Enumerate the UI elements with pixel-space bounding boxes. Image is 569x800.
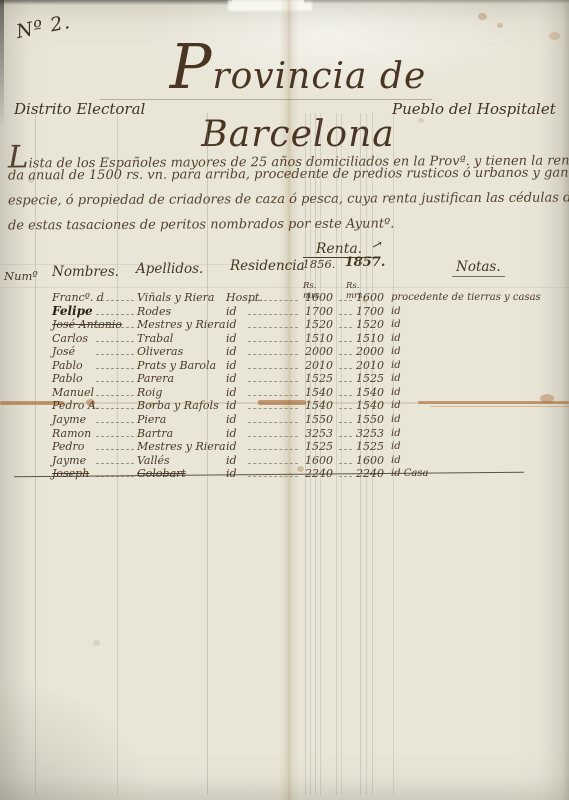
dash-leader (248, 395, 298, 396)
cell-renta-1857: 1600 (356, 454, 390, 467)
table-row: JosephGolobartid22402240id Casa (0, 467, 569, 480)
cell-nombre: Pedro A. (52, 399, 137, 412)
pencil-column-line (117, 113, 118, 795)
pencil-column-line (366, 113, 367, 795)
cell-apellido: Roig (137, 386, 237, 399)
table-row: Francº. dViñals y RieraHospt.16001600pro… (0, 291, 569, 304)
title-underline (100, 99, 432, 100)
dash-leader (248, 327, 298, 328)
cell-residencia: id (226, 427, 260, 440)
intro-line: da anual de 1500 rs. vn. para arriba, pr… (8, 166, 565, 184)
cell-nota: id (391, 318, 567, 331)
table-row: PabloPareraid15251525id (0, 372, 569, 385)
cell-residencia: id (226, 372, 260, 385)
cell-nombre: Carlos (52, 332, 137, 345)
pencil-column-line (336, 113, 337, 795)
table-row: PedroMestres y Rieraid15251525id (0, 440, 569, 453)
cell-nombre: Pablo (52, 372, 137, 385)
dash-leader (248, 408, 298, 409)
cell-nombre: José Antonio (52, 318, 137, 331)
cell-residencia: Hospt. (226, 291, 260, 304)
cell-nota: id (391, 372, 567, 385)
pencil-rule-line (0, 287, 569, 288)
cell-nota: procedente de tierras y casas (391, 291, 567, 304)
cell-nota: id (391, 332, 567, 345)
dash-leader (96, 381, 134, 382)
column-header-notas: Notas. (452, 259, 505, 277)
cell-apellido: Vallés (137, 454, 237, 467)
cell-apellido: Piera (137, 413, 237, 426)
pencil-column-line (35, 113, 36, 795)
scan-edge-shadow (0, 0, 4, 132)
table-row: RamonBartraid32533253id (0, 427, 569, 440)
cell-nombre: Pedro (52, 440, 137, 453)
table-row: CarlosTrabalid15101510id (0, 332, 569, 345)
cell-renta-1857: 1510 (356, 332, 390, 345)
cell-nombre: Felipe (52, 305, 137, 318)
pencil-column-line (393, 113, 394, 795)
cell-renta-1857: 2010 (356, 359, 390, 372)
dash-leader (248, 381, 298, 382)
cell-renta-1857: 1525 (356, 440, 390, 453)
dash-leader (96, 368, 134, 369)
cell-residencia: id (226, 359, 260, 372)
cell-residencia: id (226, 318, 260, 331)
pueblo-label: Pueblo del Hospitalet (392, 100, 567, 118)
cell-residencia: id (226, 454, 260, 467)
table-row: ManuelRoigid15401540id (0, 386, 569, 399)
table-row: JaymePieraid15501550id (0, 413, 569, 426)
pencil-column-line (305, 113, 306, 795)
cell-apellido: Oliveras (137, 345, 237, 358)
intro-line: de estas tasaciones de peritos nombrados… (8, 216, 565, 234)
dash-leader (96, 422, 134, 423)
column-header-1856: 1856. (301, 257, 337, 271)
dash-leader (96, 314, 134, 315)
cell-apellido: Borba y Rafols (137, 399, 237, 412)
cell-residencia: id (226, 332, 260, 345)
scanned-document-page: Nº 2. Provincia de Barcelona Distrito El… (0, 0, 569, 800)
cell-nombre: Francº. d (52, 291, 137, 304)
table-row: FelipeRodesid17001700id (0, 305, 569, 318)
cell-nota: id (391, 440, 567, 453)
stain (497, 23, 503, 28)
cell-nota: id (391, 427, 567, 440)
scan-edge-highlight (228, 0, 312, 11)
document-number: Nº 2. (14, 11, 72, 43)
cell-residencia: id (226, 399, 260, 412)
cell-nombre: Ramon (52, 427, 137, 440)
cell-residencia: id (226, 386, 260, 399)
cell-apellido: Mestres y Riera (137, 440, 237, 453)
table-row: JoséOliverasid20002000id (0, 345, 569, 358)
pencil-column-line (207, 113, 208, 795)
cell-nombre: Pablo (52, 359, 137, 372)
cell-nota: id (391, 399, 567, 412)
cell-nota: id (391, 386, 567, 399)
stain (478, 13, 487, 20)
cell-apellido: Trabal (137, 332, 237, 345)
pencil-column-line (372, 113, 373, 795)
dash-leader (248, 436, 298, 437)
dash-leader (96, 408, 134, 409)
cell-renta-1857: 1700 (356, 305, 390, 318)
intro-line: especie, ó propiedad de criadores de caz… (8, 191, 565, 209)
column-header-nombres: Nombres. (52, 264, 119, 280)
cell-nombre: Manuel (52, 386, 137, 399)
dash-leader (248, 314, 298, 315)
column-header-residencia: Residencia (230, 258, 305, 274)
cell-nota: id (391, 454, 567, 467)
cell-apellido: Mestres y Riera (137, 318, 237, 331)
dash-leader (96, 395, 134, 396)
dash-leader (248, 300, 298, 301)
cell-apellido: Bartra (137, 427, 237, 440)
table-row: Pedro A.Borba y Rafolsid15401540id (0, 399, 569, 412)
cell-renta-1857: 1540 (356, 386, 390, 399)
cell-nombre: Jayme (52, 454, 137, 467)
dash-leader (248, 354, 298, 355)
cell-nota: id (391, 359, 567, 372)
cell-residencia: id (226, 413, 260, 426)
dash-leader (96, 327, 134, 328)
dash-leader (248, 476, 298, 477)
cell-renta-1857: 1550 (356, 413, 390, 426)
table-row: José AntonioMestres y Rieraid15201520id (0, 318, 569, 331)
dash-leader (96, 341, 134, 342)
cell-residencia: id (226, 345, 260, 358)
cell-renta-1857: 1525 (356, 372, 390, 385)
cell-residencia: id (226, 305, 260, 318)
dash-leader (248, 341, 298, 342)
cell-renta-1857: 1600 (356, 291, 390, 304)
stain (549, 32, 560, 40)
cell-residencia: id (226, 440, 260, 453)
cell-renta-1857: 1540 (356, 399, 390, 412)
pencil-column-line (341, 113, 342, 795)
stain (93, 640, 100, 646)
cell-apellido: Rodes (137, 305, 237, 318)
column-header-num: Numº (4, 269, 38, 283)
table-row: JaymeVallésid16001600id (0, 454, 569, 467)
pencil-column-line (320, 113, 321, 795)
cell-nombre: Joseph (52, 467, 137, 480)
pencil-column-line (360, 113, 361, 795)
column-header-apellidos: Apellidos. (136, 261, 203, 277)
cell-renta-1857: 2000 (356, 345, 390, 358)
dash-leader (96, 354, 134, 355)
dash-leader (248, 463, 298, 464)
cell-nota: id (391, 345, 567, 358)
dash-leader (96, 436, 134, 437)
dash-leader (248, 449, 298, 450)
cell-nombre: José (52, 345, 137, 358)
scan-edge-shadow (304, 0, 569, 4)
cell-apellido: Viñals y Riera (137, 291, 237, 304)
cell-apellido: Prats y Barola (137, 359, 237, 372)
dash-leader (96, 463, 134, 464)
dash-leader (96, 300, 134, 301)
dash-leader (248, 368, 298, 369)
dash-leader (248, 422, 298, 423)
pencil-column-line (315, 113, 316, 795)
district-label: Distrito Electoral (14, 100, 145, 118)
pencil-column-line (310, 113, 311, 795)
column-header-1857: 1857. (344, 255, 386, 270)
dash-leader (96, 449, 134, 450)
cell-apellido: Parera (137, 372, 237, 385)
scan-edge-shadow (0, 0, 232, 5)
cell-nota: id (391, 305, 567, 318)
table-row: PabloPrats y Barolaid20102010id (0, 359, 569, 372)
cell-nota: id (391, 413, 567, 426)
cell-nombre: Jayme (52, 413, 137, 426)
cell-renta-1857: 3253 (356, 427, 390, 440)
cell-renta-1857: 1520 (356, 318, 390, 331)
